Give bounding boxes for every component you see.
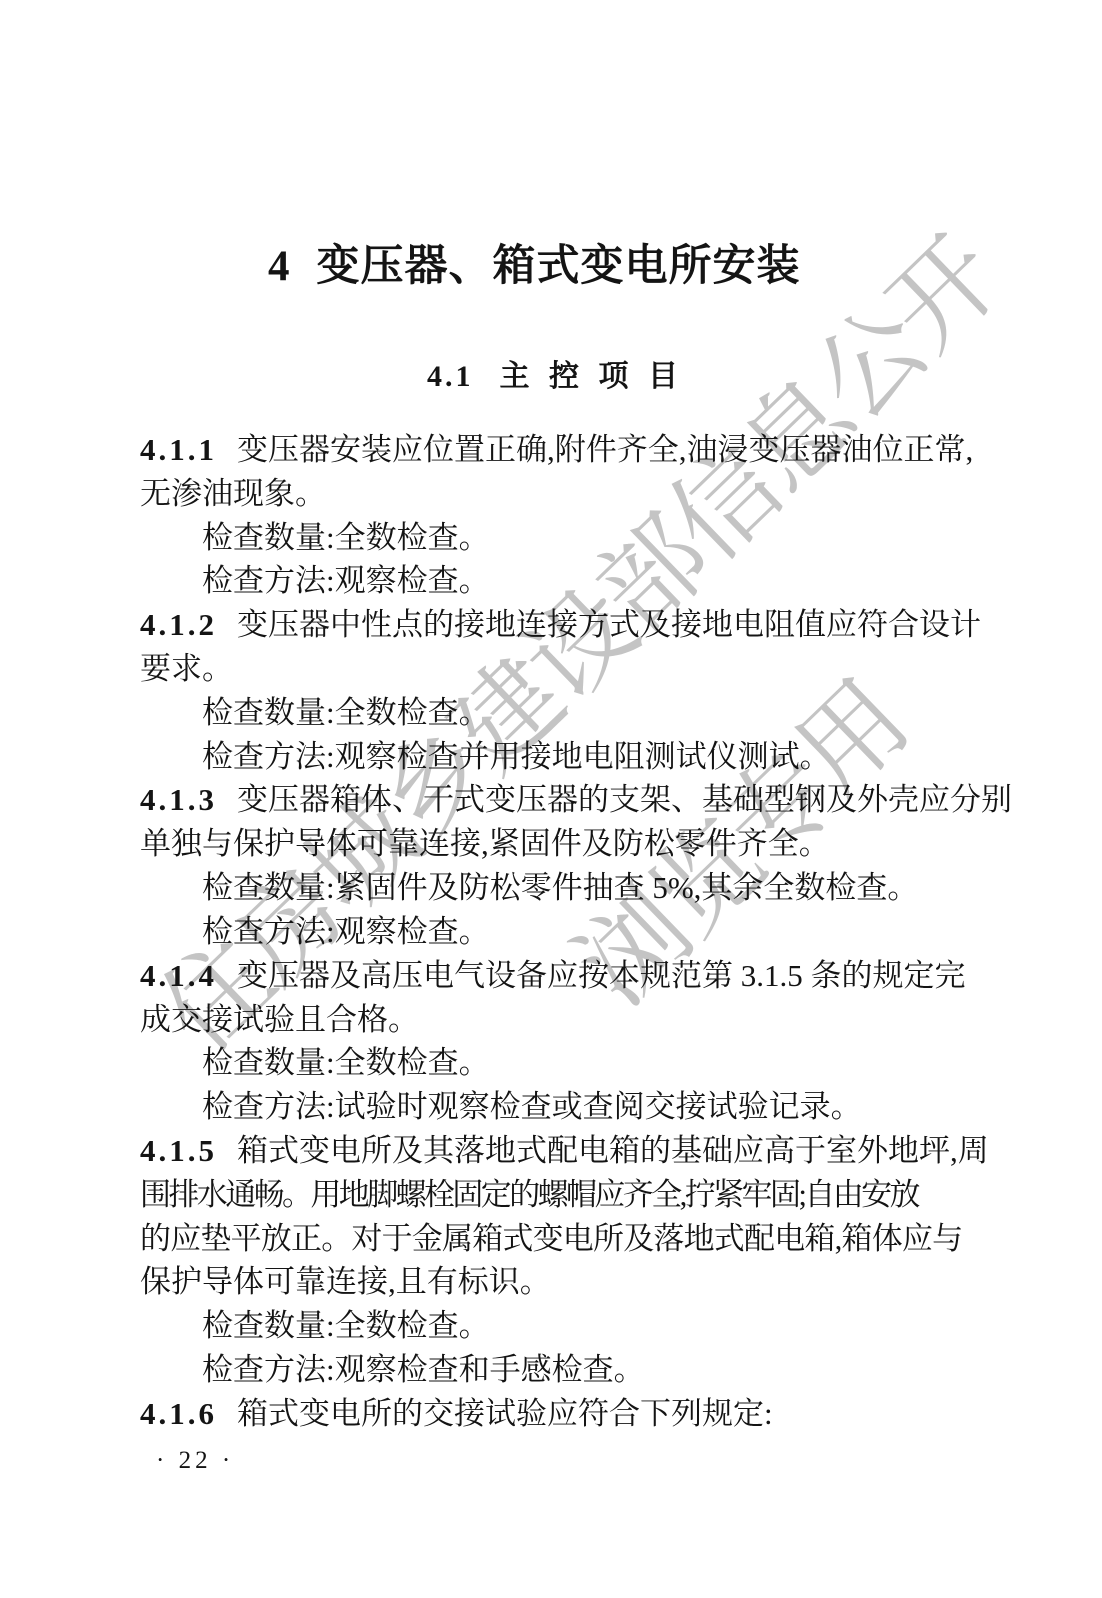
clause-number: 4.1.6 — [140, 1396, 217, 1431]
body-line: 围排水通畅。用地脚螺栓固定的螺帽应齐全,拧紧牢固;自由安放 — [140, 1173, 918, 1217]
body-line: 保护导体可靠连接,且有标识。 — [140, 1260, 551, 1304]
clause-4-1-1-line: 4.1.1变压器安装应位置正确,附件齐全,油浸变压器油位正常, — [140, 428, 973, 472]
clause-4-1-6-line: 4.1.6箱式变电所的交接试验应符合下列规定: — [140, 1392, 773, 1436]
check-method-line: 检查方法:观察检查和手感检查。 — [202, 1348, 645, 1392]
clause-number: 4.1.3 — [140, 782, 217, 817]
chapter-title: 4变压器、箱式变电所安装 — [268, 240, 801, 294]
clause-4-1-5-line: 4.1.5箱式变电所及其落地式配电箱的基础应高于室外地坪,周 — [140, 1129, 989, 1173]
chapter-name: 变压器、箱式变电所安装 — [317, 243, 801, 290]
clause-number: 4.1.4 — [140, 958, 217, 993]
clause-text: 变压器及高压电气设备应按本规范第 3.1.5 条的规定完 — [237, 958, 966, 993]
section-name: 主 控 项 目 — [500, 360, 685, 393]
check-method-line: 检查方法:观察检查并用接地电阻测试仪测试。 — [202, 735, 831, 779]
section-heading: 4.1主 控 项 目 — [427, 357, 684, 397]
clause-text: 变压器中性点的接地连接方式及接地电阻值应符合设计 — [237, 607, 981, 642]
clause-number: 4.1.5 — [140, 1133, 217, 1168]
body-line: 要求。 — [140, 647, 233, 691]
check-quantity-line: 检查数量:全数检查。 — [202, 516, 490, 560]
clause-4-1-3-line: 4.1.3变压器箱体、干式变压器的支架、基础型钢及外壳应分别 — [140, 778, 1012, 822]
body-line: 无渗油现象。 — [140, 472, 326, 516]
document-page: 住房城乡建设部信息公开 浏览专用 4变压器、箱式变电所安装 4.1主 控 项 目… — [0, 0, 1102, 1598]
body-line: 的应垫平放正。对于金属箱式变电所及落地式配电箱,箱体应与 — [140, 1217, 962, 1261]
check-method-line: 检查方法:观察检查。 — [202, 910, 490, 954]
check-quantity-line: 检查数量:全数检查。 — [202, 1304, 490, 1348]
clause-text: 变压器安装应位置正确,附件齐全,油浸变压器油位正常, — [237, 432, 973, 467]
section-number: 4.1 — [427, 360, 474, 393]
check-method-line: 检查方法:试验时观察检查或查阅交接试验记录。 — [202, 1085, 862, 1129]
page-number: · 22 · — [156, 1446, 234, 1476]
chapter-number: 4 — [268, 243, 291, 290]
body-line: 单独与保护导体可靠连接,紧固件及防松零件齐全。 — [140, 822, 830, 866]
clause-number: 4.1.1 — [140, 432, 217, 467]
body-line: 成交接试验且合格。 — [140, 998, 419, 1042]
clause-4-1-2-line: 4.1.2变压器中性点的接地连接方式及接地电阻值应符合设计 — [140, 603, 981, 647]
check-quantity-line: 检查数量:全数检查。 — [202, 691, 490, 735]
clause-text: 箱式变电所的交接试验应符合下列规定: — [237, 1396, 773, 1431]
check-method-line: 检查方法:观察检查。 — [202, 559, 490, 603]
clause-text: 箱式变电所及其落地式配电箱的基础应高于室外地坪,周 — [237, 1133, 989, 1168]
check-quantity-line: 检查数量:全数检查。 — [202, 1041, 490, 1085]
check-quantity-line: 检查数量:紧固件及防松零件抽查 5%,其余全数检查。 — [202, 866, 918, 910]
clause-number: 4.1.2 — [140, 607, 217, 642]
clause-4-1-4-line: 4.1.4变压器及高压电气设备应按本规范第 3.1.5 条的规定完 — [140, 954, 966, 998]
clause-text: 变压器箱体、干式变压器的支架、基础型钢及外壳应分别 — [237, 782, 1012, 817]
